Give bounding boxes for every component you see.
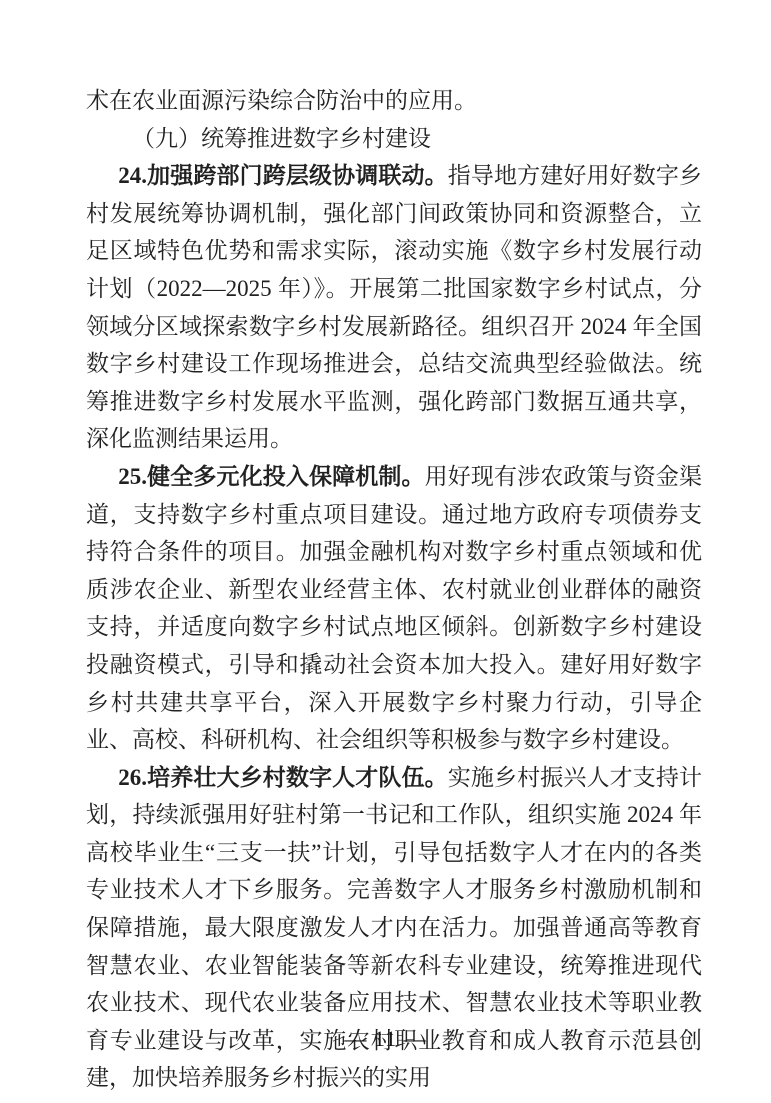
section-heading-nine: （九）统筹推进数字乡村建设 [86,120,702,158]
paragraph-item-24-text: 指导地方建好用好数字乡村发展统筹协调机制，强化部门间政策协同和资源整合，立足区域… [86,163,702,451]
paragraph-item-24: 24.加强跨部门跨层级协调联动。指导地方建好用好数字乡村发展统筹协调机制，强化部… [86,157,702,458]
paragraph-text: 术在农业面源污染综合防治中的应用。 [86,88,477,113]
document-body: 术在农业面源污染综合防治中的应用。 （九）统筹推进数字乡村建设 24.加强跨部门… [86,82,702,1097]
paragraph-item-24-lead: 24.加强跨部门跨层级协调联动。 [118,163,448,188]
paragraph-continuation: 术在农业面源污染综合防治中的应用。 [86,82,702,120]
paragraph-item-26-lead: 26.培养壮大乡村数字人才队伍。 [118,765,448,790]
page-number: — 11 — [0,1026,771,1052]
paragraph-item-25-text: 用好现有涉农政策与资金渠道，支持数字乡村重点项目建设。通过地方政府专项债券支持符… [86,464,702,752]
paragraph-item-25: 25.健全多元化投入保障机制。用好现有涉农政策与资金渠道，支持数字乡村重点项目建… [86,458,702,759]
section-heading-text: （九）统筹推进数字乡村建设 [132,126,431,151]
document-page: 术在农业面源污染综合防治中的应用。 （九）统筹推进数字乡村建设 24.加强跨部门… [0,0,771,1103]
paragraph-item-25-lead: 25.健全多元化投入保障机制。 [118,464,424,489]
